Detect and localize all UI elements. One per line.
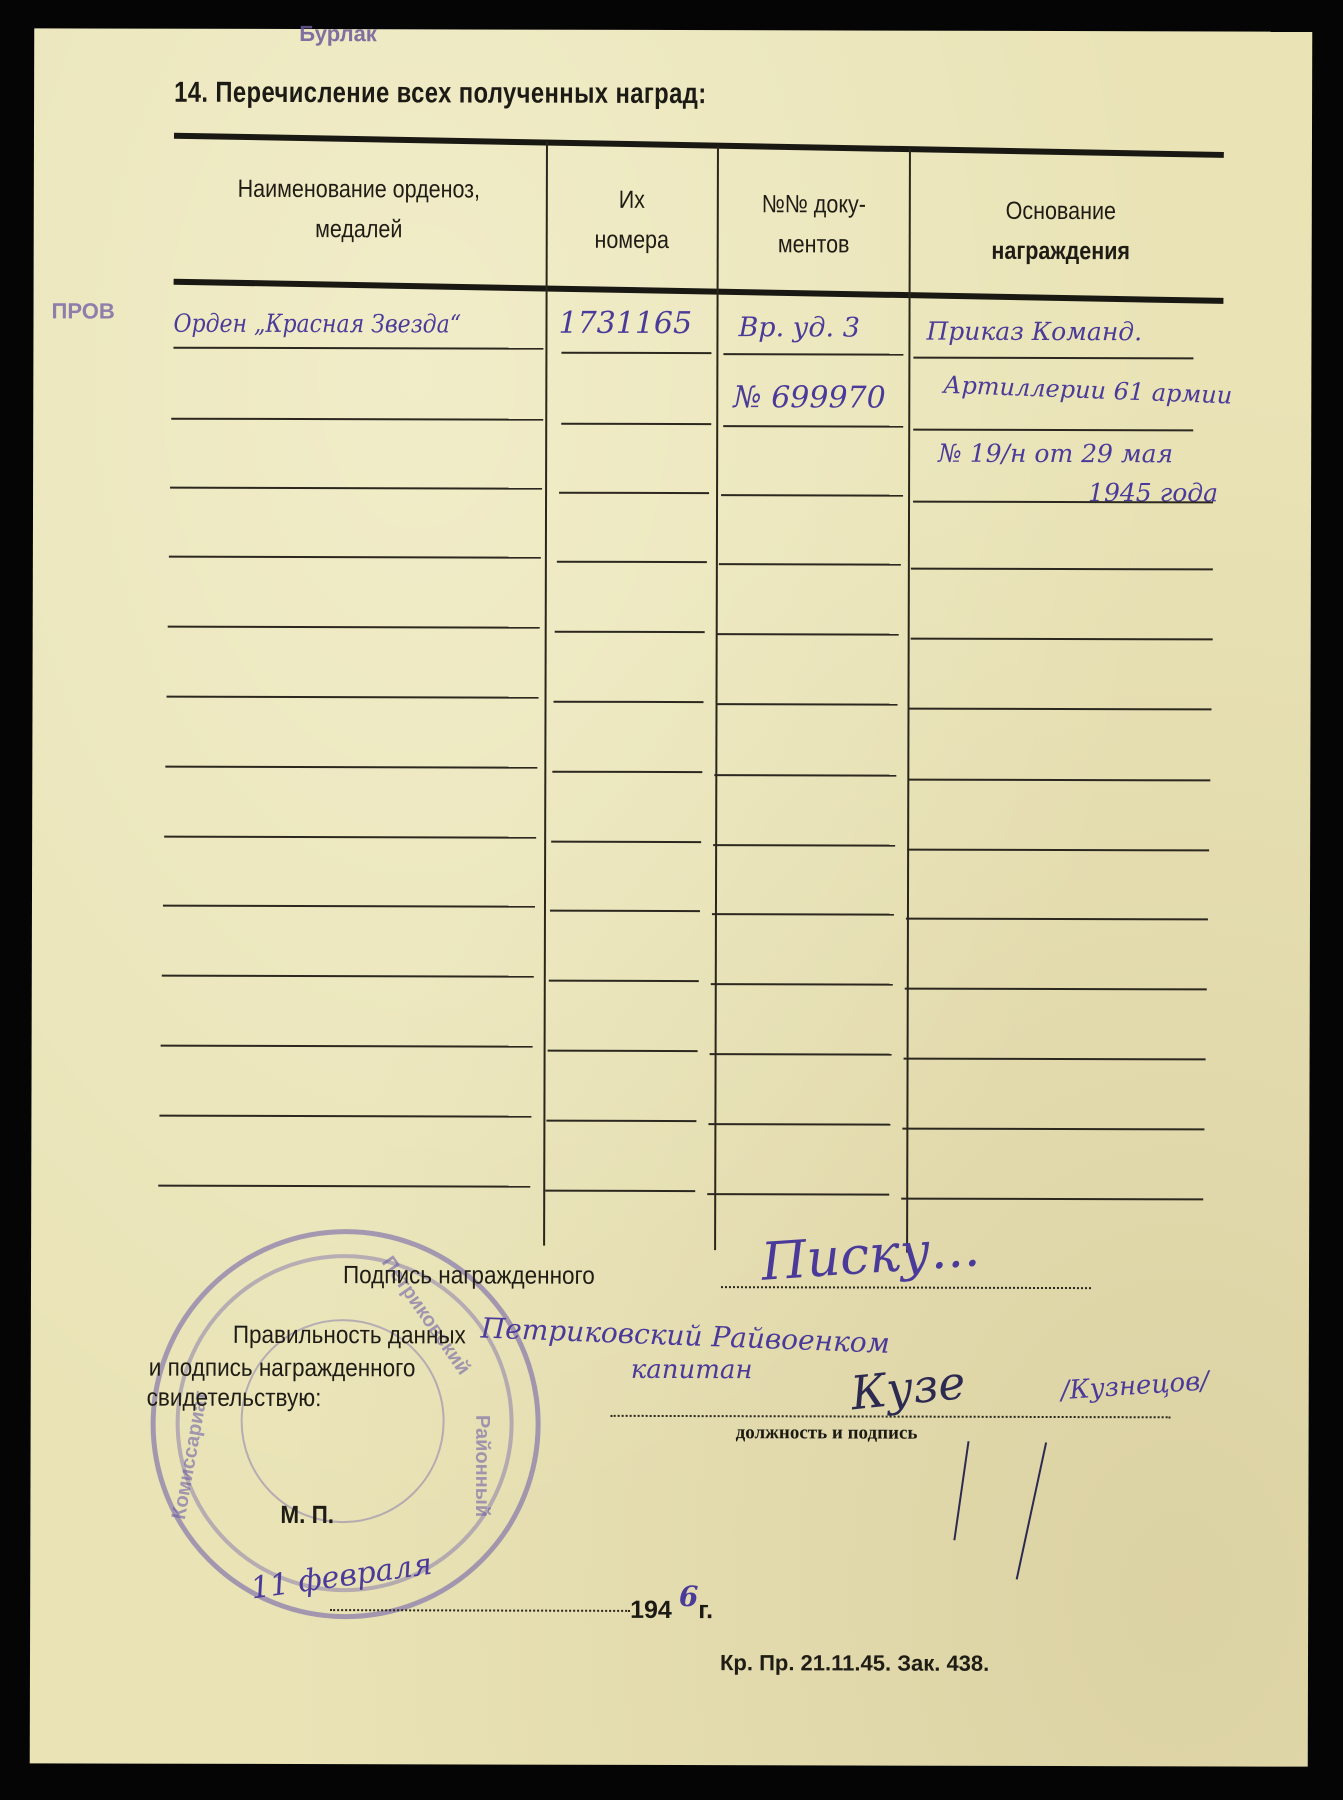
stamp-text: Районный — [470, 1415, 493, 1517]
official-signature: Кузе — [848, 1355, 968, 1420]
side-stamp-fragment: ПРОВ — [51, 298, 114, 324]
recipient-signature: Писку... — [759, 1218, 981, 1293]
header-line: ментов — [732, 224, 896, 264]
header-line: Наименование орденоз, — [200, 169, 518, 210]
row-rule — [171, 418, 543, 421]
certify-label-line1: Правильность данных — [233, 1321, 466, 1351]
signature-tail-stroke — [953, 1441, 969, 1540]
row-rule — [913, 429, 1193, 432]
row-rule — [555, 631, 705, 633]
row-rule — [168, 626, 540, 629]
table-row: Орден „Красная Звезда“ 1731165 Вр. уд. 3… — [34, 28, 1312, 31]
row-rule — [723, 353, 903, 355]
row-rule — [561, 423, 711, 425]
row-rule — [163, 905, 535, 908]
awards-table: Наименование орденоз, медалей Их номера … — [34, 28, 1312, 31]
row-rule — [719, 563, 901, 565]
position-caption: должность и подпись — [736, 1422, 918, 1444]
header-line: награждения — [932, 231, 1190, 272]
row-rule — [165, 766, 537, 769]
header-document-numbers: №№ доку- ментов — [732, 184, 896, 264]
row-rule — [723, 425, 903, 427]
header-line: Основание — [932, 191, 1190, 232]
year-suffix: г. — [698, 1596, 713, 1624]
row-rule — [717, 633, 899, 635]
row-rule — [714, 774, 896, 776]
row-rule — [554, 701, 704, 703]
row-rule — [169, 556, 541, 559]
official-name: /Кузнецов/ — [1060, 1366, 1210, 1406]
row-rule — [549, 980, 699, 982]
certify-label-line3: свидетельствую: — [147, 1384, 322, 1413]
row-rule — [158, 1185, 530, 1188]
header-award-basis: Основание награждения — [932, 191, 1190, 272]
row-rule — [721, 494, 903, 496]
row-rule — [710, 1053, 892, 1055]
row-rule — [159, 1115, 531, 1118]
seal-placeholder-label: М. П. — [280, 1501, 334, 1530]
ruled-lines — [34, 28, 1312, 31]
row-rule — [557, 561, 707, 563]
row-rule — [161, 1045, 533, 1048]
row-rule — [911, 638, 1213, 641]
print-footer: Кр. Пр. 21.11.45. Зак. 438. — [720, 1650, 989, 1677]
row-rule — [551, 841, 701, 843]
row-rule — [545, 1190, 695, 1192]
row-rule — [911, 568, 1213, 571]
award-basis-line2: Артиллерии 61 армии — [943, 371, 1233, 410]
header-line: медалей — [200, 209, 518, 250]
signature-section: Подпись награжденного Писку... Петриковс… — [34, 28, 1312, 31]
row-rule — [164, 836, 536, 839]
signature-tail-stroke — [1016, 1442, 1047, 1579]
award-name-cell: Орден „Красная Звезда“ — [173, 309, 461, 339]
row-rule — [907, 849, 1209, 852]
official-position-line1: Петриковский Райвоенком — [480, 1312, 890, 1360]
document-number-cell-line2: № 699970 — [733, 380, 886, 415]
row-rule — [908, 779, 1210, 782]
row-rule — [711, 983, 893, 985]
column-divider-2 — [714, 146, 719, 1250]
document-number-cell-line1: Вр. уд. 3 — [738, 312, 860, 343]
row-rule — [909, 708, 1211, 711]
header-line: номера — [559, 220, 704, 260]
certify-label-line2: и подпись награжденного — [149, 1354, 416, 1384]
row-rule — [170, 487, 542, 490]
top-stamp-fragment: Бурлак — [299, 21, 377, 47]
award-basis-line1: Приказ Команд. — [926, 317, 1142, 347]
row-rule — [548, 1050, 698, 1052]
header-awards-name: Наименование орденоз, медалей — [200, 169, 518, 250]
row-rule — [561, 352, 711, 354]
row-rule — [708, 1123, 890, 1125]
row-rule — [167, 696, 539, 699]
document-page: Бурлак 14. Перечисление всех полученных … — [30, 28, 1313, 1766]
official-position-line2: капитан — [631, 1355, 753, 1385]
row-rule — [713, 844, 895, 846]
award-basis-line3: № 19/н от 29 мая — [938, 439, 1173, 469]
header-line: Их — [560, 180, 705, 220]
year-prefix: 194 — [630, 1596, 672, 1624]
column-divider-3 — [906, 149, 911, 1253]
row-rule — [712, 913, 894, 915]
date-year-block: 194 6г. — [630, 1592, 713, 1625]
row-rule — [902, 1128, 1204, 1131]
row-rule — [550, 910, 700, 912]
row-rule — [173, 347, 543, 350]
recipient-signature-label: Подпись награжденного — [343, 1261, 595, 1291]
award-number-cell: 1731165 — [558, 306, 692, 341]
row-rule — [906, 918, 1208, 921]
row-rule — [716, 703, 898, 705]
header-numbers: Их номера — [559, 180, 704, 260]
table-top-rule — [174, 133, 1224, 158]
row-rule — [913, 501, 1213, 504]
section-title: 14. Перечисление всех полученных наград: — [174, 77, 707, 111]
column-divider-1 — [543, 142, 548, 1246]
row-rule — [904, 1058, 1206, 1061]
row-rule — [905, 988, 1207, 991]
row-rule — [546, 1120, 696, 1122]
row-rule — [552, 771, 702, 773]
header-bottom-rule — [174, 279, 1224, 304]
row-rule — [162, 975, 534, 978]
row-rule — [707, 1193, 889, 1195]
row-rule — [901, 1198, 1203, 1201]
row-rule — [913, 357, 1193, 360]
header-line: №№ доку- — [732, 184, 896, 224]
year-digit: 6 — [679, 1580, 699, 1613]
row-rule — [559, 492, 709, 494]
